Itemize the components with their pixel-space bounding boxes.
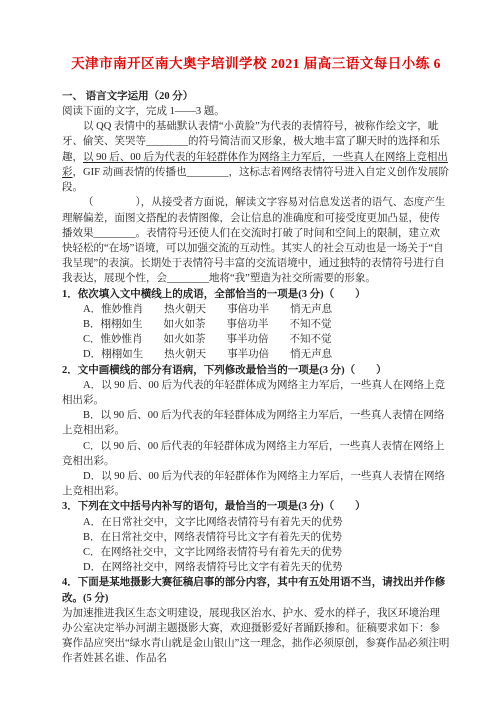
question-2-option-d: D．以 90 后、00 后为代表的年轻群体作为网络主力军后，一些真人表情在网络上…: [62, 469, 450, 499]
question-1-stem: 1．依次填入文中横线上的成语，全部恰当的一项是(3 分)（ ）: [62, 287, 450, 302]
question-3-option-a: A．在日常社交中，文字比网络表情符号有着先天的优势: [62, 515, 450, 530]
question-4-body: 为加速推进我区生态文明建设，展现我区治水、护水、爱水的样子，我区环境治理办公室决…: [62, 606, 450, 667]
question-1-option-a: A．惟妙惟肖 热火朝天 事倍功半 悄无声息: [62, 302, 450, 317]
question-1-option-b: B．栩栩如生 如火如荼 事倍功半 不知不觉: [62, 317, 450, 332]
passage-paragraph-2: （ ），从接受者方面说，解读文字容易对信息发送者的语气、态度产生理解偏差，面图文…: [62, 195, 450, 286]
question-3-option-c: C．在网络社交中，文字比网络表情符号有着先天的优势: [62, 545, 450, 560]
question-1-option-c: C．惟妙惟肖 如火如荼 事半功倍 不知不觉: [62, 332, 450, 347]
question-4: 4．下面是某地摄影大赛征稿启事的部分内容，其中有五处用语不当，请找出并作修改。(…: [62, 575, 450, 666]
question-2-option-a: A．以 90 后、00 后为代表的年轻群体成为网络主力军后，一些真人在网络上竞相…: [62, 378, 450, 408]
question-3-option-d: D．在网络社交中，网络表情符号比文字有着先天的优势: [62, 560, 450, 575]
document-page: 天津市南开区南大奥宇培训学校 2021 届高三语文每日小练 6 一、 语言文字运…: [0, 0, 500, 707]
question-2-option-c: C．以 90 后、00 后代表的年轻群体成为网络主力军后，一些真人表情在网络上竞…: [62, 439, 450, 469]
question-3-option-b: B．在日常社交中，网络表情符号比文字有着先天的优势: [62, 530, 450, 545]
question-3-stem: 3．下列在文中括号内补写的语句，最恰当的一项是(3 分)（ ）: [62, 499, 450, 514]
question-2: 2．文中画横线的部分有语病，下列修改最恰当的一项是(3 分)（ ） A．以 90…: [62, 363, 450, 500]
question-2-stem: 2．文中画横线的部分有语病，下列修改最恰当的一项是(3 分)（ ）: [62, 363, 450, 378]
question-4-stem: 4．下面是某地摄影大赛征稿启事的部分内容，其中有五处用语不当，请找出并作修改。(…: [62, 575, 450, 605]
question-2-option-b: B．以 90 后、00 后为代表的年轻群体成为网络主力军后，一些真人表情在网络上…: [62, 408, 450, 438]
question-1: 1．依次填入文中横线上的成语，全部恰当的一项是(3 分)（ ） A．惟妙惟肖 热…: [62, 287, 450, 363]
page-title: 天津市南开区南大奥宇培训学校 2021 届高三语文每日小练 6: [62, 56, 450, 73]
document-body: 一、 语言文字运用（20 分） 阅读下面的文字，完成 1——3 题。 以 QQ …: [62, 89, 450, 667]
passage-intro: 阅读下面的文字，完成 1——3 题。: [62, 104, 450, 119]
section-heading: 一、 语言文字运用（20 分）: [62, 89, 450, 104]
question-1-option-d: D．栩栩如生 热火朝天 事半功倍 悄无声息: [62, 347, 450, 362]
question-3: 3．下列在文中括号内补写的语句，最恰当的一项是(3 分)（ ） A．在日常社交中…: [62, 499, 450, 575]
passage-paragraph-1: 以 QQ 表情中的基础默认表情“小黄脸”为代表的表情符号，被称作绘文字，呲牙、偷…: [62, 119, 450, 195]
